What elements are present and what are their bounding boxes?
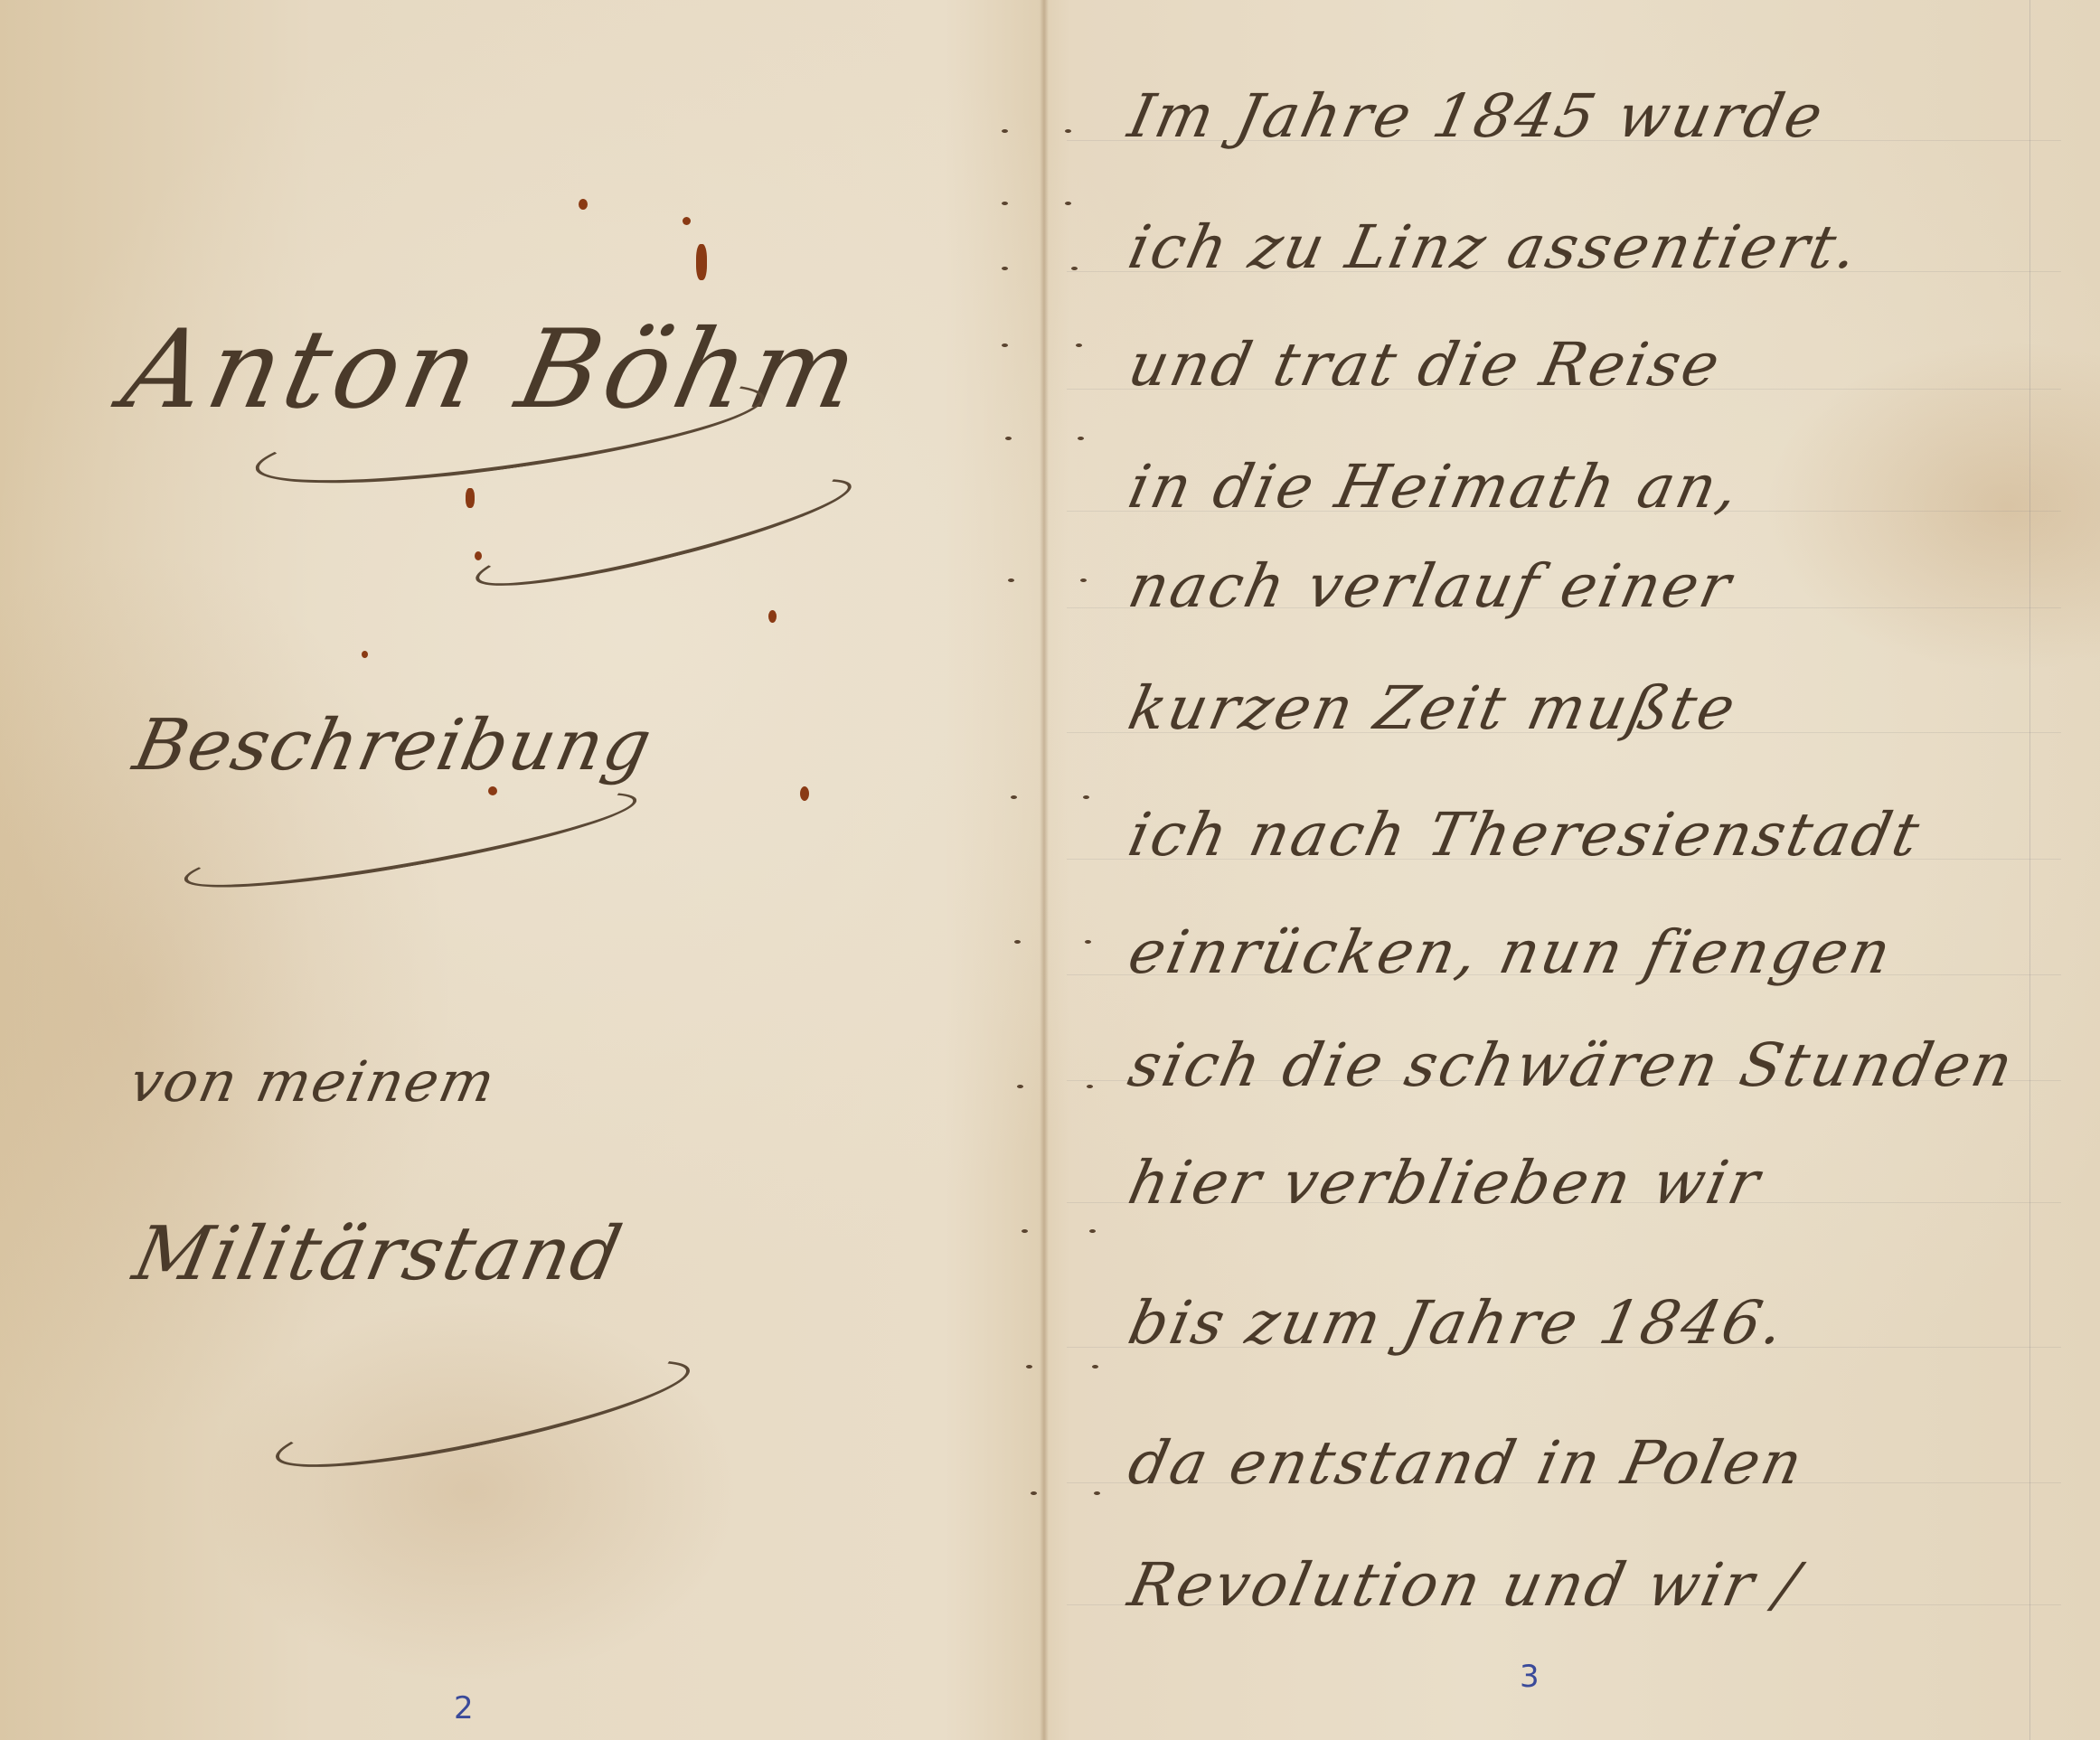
text-line: Im Jahre 1845 wurde xyxy=(1123,81,1832,151)
title-line-2: von meinem xyxy=(124,1049,502,1115)
page-number-left: 2 xyxy=(454,1690,474,1726)
page-number-right: 3 xyxy=(1520,1659,1540,1695)
text-line: in die Heimath an, xyxy=(1123,452,1747,522)
text-line: Revolution und wir / xyxy=(1123,1550,1807,1620)
rust-spot xyxy=(696,244,707,280)
document-spread: Anton Böhm Beschreibung von meinem Milit… xyxy=(0,0,2100,1740)
stitch-hole xyxy=(1026,1365,1032,1368)
stitch-hole xyxy=(1002,343,1008,347)
text-line: bis zum Jahre 1846. xyxy=(1123,1288,1793,1358)
rust-spot xyxy=(466,488,475,508)
left-page xyxy=(0,0,1044,1740)
text-line: sich die schwären Stunden xyxy=(1123,1030,2021,1100)
stitch-hole xyxy=(1017,1085,1023,1088)
text-line: ich zu Linz assentiert. xyxy=(1123,212,1867,282)
pencil-margin-line xyxy=(2029,0,2030,1740)
text-line: ich nach Theresienstadt xyxy=(1123,800,1927,870)
text-line: nach verlauf einer xyxy=(1123,551,1739,621)
rust-spot xyxy=(475,551,482,560)
title-line-3: Militärstand xyxy=(127,1211,630,1297)
rust-spot xyxy=(362,651,368,658)
text-line: und trat die Reise xyxy=(1123,330,1728,400)
stitch-hole xyxy=(1002,129,1008,133)
stitch-hole xyxy=(1002,267,1008,270)
stitch-hole xyxy=(1011,795,1017,799)
stitch-hole xyxy=(1005,437,1012,440)
stitch-hole xyxy=(1008,578,1014,582)
stitch-hole xyxy=(1031,1491,1037,1495)
rust-spot xyxy=(800,786,809,801)
title-line-1: Beschreibung xyxy=(127,705,659,786)
stitch-hole xyxy=(1002,202,1008,205)
stitch-hole xyxy=(1014,940,1021,944)
text-line: hier verblieben wir xyxy=(1123,1148,1768,1218)
stitch-hole xyxy=(1022,1229,1028,1233)
rust-spot xyxy=(768,610,777,623)
rust-spot xyxy=(488,786,497,795)
text-line: einrücken, nun fiengen xyxy=(1123,917,1899,987)
text-line: kurzen Zeit mußte xyxy=(1123,673,1744,743)
rust-spot xyxy=(683,217,691,225)
text-line: da entstand in Polen xyxy=(1123,1428,1811,1498)
rust-spot xyxy=(579,199,588,210)
